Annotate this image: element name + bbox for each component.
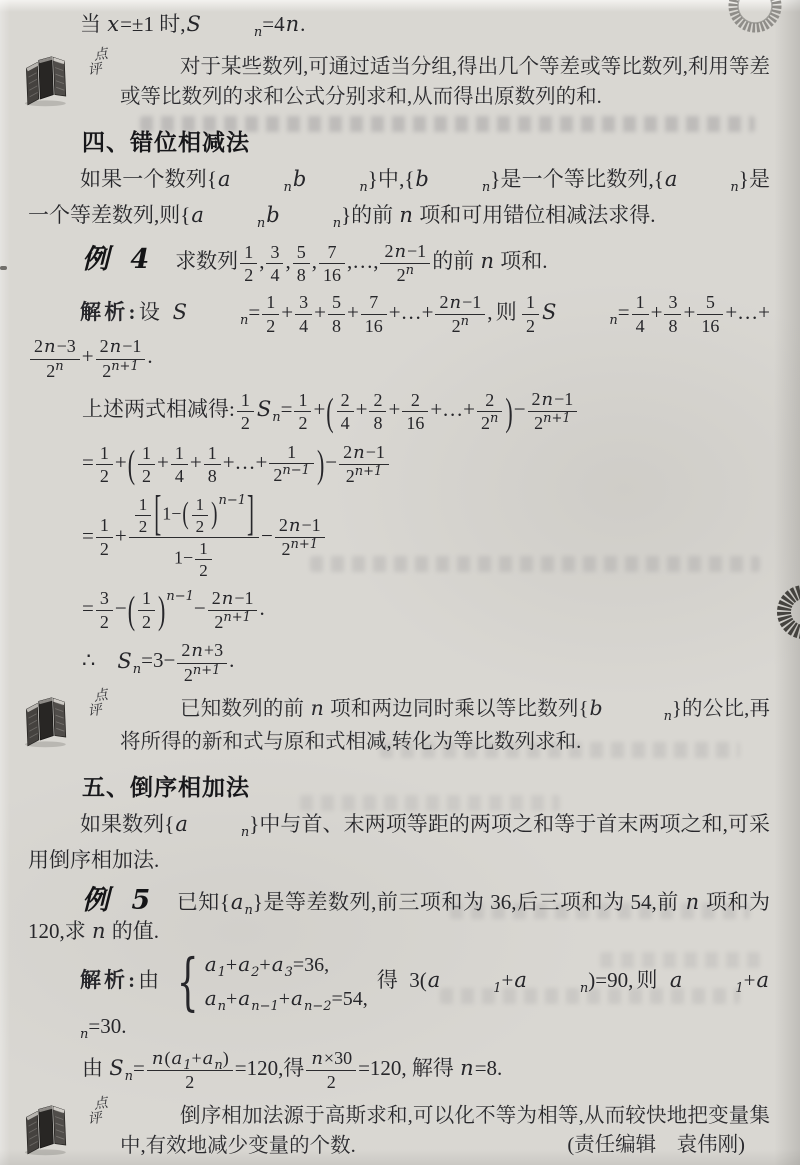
text-run: + <box>259 954 270 976</box>
fraction: 14 <box>630 292 651 335</box>
text-run: =120, 解得 <box>358 1056 459 1080</box>
eq-result: ∴ Sn=3−2n+32n+1. <box>82 640 770 685</box>
fraction-numerator: 7 <box>361 292 387 314</box>
text-run: 对于某些数列,可通过适当分组,得出几个等差或等比数列,利用等差或等比数列的求和公… <box>120 56 770 108</box>
subscript: n <box>528 981 588 998</box>
subscript: n <box>272 410 280 426</box>
fraction: 12 <box>136 588 157 631</box>
system-brace: { <box>177 951 199 1013</box>
text-run: + <box>82 345 94 369</box>
text-run: 1 <box>266 292 275 312</box>
text-run: −1 <box>554 389 573 409</box>
fraction: 58 <box>326 292 347 335</box>
big-paren: ( <box>127 585 136 635</box>
math-variable: n <box>91 919 107 943</box>
fraction: 32 <box>94 588 115 631</box>
subscript: n <box>28 1027 88 1044</box>
fraction-numerator: 2n−3 <box>30 336 80 359</box>
fraction-denominator: 2 <box>192 516 209 536</box>
fraction-denominator: 8 <box>369 412 386 433</box>
text-run: −1 <box>122 336 141 356</box>
fraction: 34 <box>293 292 314 335</box>
example-4: 例 4求数列12,34,58,716,…,2n−12n的前 n 项和. <box>28 241 770 286</box>
fraction-denominator: 16 <box>361 315 387 336</box>
text-run: 1 <box>175 443 184 463</box>
fraction: 2n−32n <box>28 336 82 381</box>
text-run: 1 <box>100 515 109 535</box>
text-run: 3 <box>270 242 279 262</box>
math-variable: n <box>288 515 302 536</box>
fraction: 24 <box>335 390 356 433</box>
text-run: −1 <box>366 442 385 462</box>
page-curl-blob-icon <box>774 580 800 648</box>
text-run: 16 <box>323 265 341 285</box>
fraction-denominator: 2 <box>96 538 113 559</box>
text-run: 5 <box>706 292 715 312</box>
math-variable: S <box>541 300 557 324</box>
fraction: 12 <box>94 443 115 486</box>
equation-row: an+an−1+an−2=54, <box>204 986 368 1013</box>
fraction-numerator: 1 <box>632 292 649 314</box>
text-run: 1 <box>139 495 148 514</box>
fraction-denominator: 4 <box>632 315 649 336</box>
math-variable: x <box>106 12 120 36</box>
fraction-numerator: 1 <box>96 515 113 537</box>
text-run: 的值. <box>107 919 160 943</box>
text-run: +…+ <box>223 450 268 474</box>
math-variable: n <box>285 12 301 36</box>
solution-4: 解析:设 Sn=12+34+58+716+…+2n−12n,则12Sn=14+3… <box>28 292 770 381</box>
text-run: }中,{ <box>368 167 415 191</box>
text-run: 2 <box>273 465 282 485</box>
text-run: =±1 时, <box>120 12 185 36</box>
text-run: 2 <box>281 539 290 559</box>
text-run: 项和两边同时乘以等比数列{ <box>325 698 589 720</box>
big-paren: ) <box>316 439 325 489</box>
superscript: n+1 <box>111 360 139 375</box>
text-run: 3 <box>668 292 677 312</box>
math-variable: n <box>685 890 701 914</box>
text-run: + <box>388 397 400 421</box>
fraction-numerator: 1 <box>171 443 188 465</box>
subscript: n <box>430 171 490 204</box>
bold-text-run: 解析: <box>80 300 136 324</box>
fraction: 12[1−(12)n−1]1−12 <box>127 495 261 580</box>
math-variable: n <box>459 1056 475 1080</box>
fraction: 2n−12n+1 <box>337 442 391 487</box>
text-run: 1 <box>142 443 151 463</box>
fraction-numerator: 2 <box>402 390 428 412</box>
text-run: + <box>356 397 368 421</box>
text-run: 2 <box>532 389 541 409</box>
fraction-numerator: n×30 <box>306 1048 356 1071</box>
math-variable: n <box>221 588 235 609</box>
fraction-denominator: 4 <box>295 315 312 336</box>
text-run: + <box>279 988 290 1010</box>
text-run: = <box>618 300 630 324</box>
fraction-denominator: 2 <box>96 611 113 632</box>
text-run: + <box>190 450 202 474</box>
eq-subtract-2: =12+(12+14+18+…+12n−1)−2n−12n+1 <box>82 442 770 487</box>
fraction-numerator: 1 <box>262 292 279 314</box>
superscript: n−1 <box>219 494 247 509</box>
text-run: 项和. <box>495 249 548 273</box>
text-run: 2 <box>212 588 221 608</box>
text-run: 8 <box>668 316 677 336</box>
text-run: 由 <box>135 968 162 992</box>
text-run: 1 <box>526 292 535 312</box>
equation-system: {a1+a2+a3=36,an+an−1+an−2=54, <box>168 951 368 1013</box>
fraction: 12 <box>94 515 115 558</box>
text-run: +…+ <box>389 300 434 324</box>
equation-system-rows: a1+a2+a3=36,an+an−1+an−2=54, <box>204 952 368 1013</box>
fraction-denominator: 2 <box>237 412 254 433</box>
subscript: 1 <box>441 981 501 998</box>
text-run: . <box>229 649 234 673</box>
fraction-numerator: 3 <box>266 242 283 264</box>
fraction: 2n−12n+1 <box>206 588 260 633</box>
fraction-numerator: 2n+3 <box>177 640 227 663</box>
text-run: −1 <box>407 241 426 261</box>
text-run: 8 <box>332 316 341 336</box>
text-run: = <box>82 596 94 620</box>
text-run: 1 <box>636 292 645 312</box>
text-run: 1 <box>100 443 109 463</box>
superscript: n−1 <box>282 464 310 479</box>
fraction-denominator: 16 <box>697 315 723 336</box>
text-run: 3 <box>299 292 308 312</box>
text-run: =54, <box>332 988 368 1010</box>
fraction-denominator: 2 <box>96 465 113 486</box>
text-run: + <box>313 397 325 421</box>
text-run: 2 <box>298 413 307 433</box>
text-run: 2 <box>34 336 43 356</box>
fraction-numerator: 1 <box>96 443 113 465</box>
text-run: 4 <box>175 466 184 486</box>
subscript: n <box>678 171 738 204</box>
fraction-numerator: 2 <box>337 390 354 412</box>
fraction-numerator: 1 <box>240 242 257 264</box>
text-run: + <box>115 523 127 547</box>
subscript: n−1 <box>251 999 279 1016</box>
fraction: 12 <box>238 242 259 285</box>
fraction-denominator: 8 <box>204 465 221 486</box>
eq-geometric-sum: =12+12[1−(12)n−1]1−12−2n−12n+1 <box>82 495 770 580</box>
fraction: 12 <box>520 292 541 335</box>
math-variable: a <box>217 167 232 191</box>
big-bracket: [ <box>153 488 162 542</box>
superscript: n+1 <box>543 412 571 427</box>
superscript: n+1 <box>290 538 318 553</box>
text-run: 的前 <box>432 249 479 273</box>
fraction-denominator: 2 <box>138 611 155 632</box>
text-run: 2 <box>100 466 109 486</box>
fraction: n×302 <box>304 1048 358 1092</box>
subscript: n <box>557 313 617 330</box>
scanned-textbook-page: 当 x=±1 时,Sn=4n. 点 评 对于某些数列,可通过适当分组,得出几个等… <box>0 0 800 1165</box>
text-run: 16 <box>701 316 719 336</box>
fraction-denominator: 8 <box>328 315 345 336</box>
text-run: . <box>300 12 305 36</box>
text-run: = <box>248 300 260 324</box>
text-run: ×30 <box>324 1048 352 1068</box>
text-run: 1 <box>199 539 208 558</box>
big-bracket: ] <box>246 488 255 542</box>
text-run: 4 <box>299 316 308 336</box>
fraction-numerator: 7 <box>319 242 345 264</box>
section-4-heading: 四、错位相减法 <box>82 124 770 157</box>
text-run: −1 <box>462 292 481 312</box>
note-grouping-method: 点 评 对于某些数列,可通过适当分组,得出几个等差或等比数列,利用等差或等比数列… <box>28 52 770 112</box>
fraction-denominator: 1−12 <box>129 538 259 580</box>
text-run: 2 <box>534 413 543 433</box>
fraction: 12 <box>193 539 214 580</box>
text-run: 1 <box>244 242 253 262</box>
books-note-icon: 点 评 <box>22 52 116 108</box>
fraction: 14 <box>169 443 190 486</box>
text-run: 2 <box>181 640 190 660</box>
text-run: 4 <box>341 413 350 433</box>
text-run: −1 <box>234 588 253 608</box>
section-4-intro: 如果一个数列{anbn}中,{bn}是一个等比数列,{an}是一个等差数列,则{… <box>28 163 770 235</box>
fraction: 18 <box>202 443 223 486</box>
text-run: 2 <box>100 539 109 559</box>
text-run: 2 <box>142 612 151 632</box>
fraction: 2n+32n+1 <box>175 640 229 685</box>
big-paren: ) <box>504 387 513 437</box>
text-run: )=90,则 <box>588 968 669 992</box>
text-run: +3 <box>204 640 223 660</box>
section-5-intro: 如果数列{an}中与首、末两项等距的两项之和等于首末两项之和,可采用倒序相加法. <box>28 808 770 877</box>
fraction-denominator: 2n+1 <box>208 611 258 633</box>
fraction-numerator: 1 <box>138 443 155 465</box>
text-run: ,…, <box>347 249 379 273</box>
math-variable: n <box>479 249 495 273</box>
subscript: n−2 <box>304 999 332 1016</box>
text-run: 2 <box>199 561 208 580</box>
text-run: ∴ <box>82 649 116 673</box>
text-run: 由 <box>82 1056 108 1080</box>
text-run: 1 <box>196 495 205 514</box>
fraction-denominator: 2 <box>306 1071 356 1092</box>
text-run: = <box>82 523 94 547</box>
fraction-denominator: 2 <box>147 1071 233 1092</box>
fraction-numerator: 3 <box>664 292 681 314</box>
fraction-denominator: 8 <box>293 264 310 285</box>
subscript: n <box>188 313 248 330</box>
text-run: 设 <box>136 300 172 324</box>
text-run: + <box>226 954 237 976</box>
math-variable: b <box>588 696 603 720</box>
fraction-numerator: 5 <box>293 242 310 264</box>
fraction-numerator: 2n−1 <box>380 241 430 264</box>
text-run: 16 <box>406 413 424 433</box>
fraction: 38 <box>662 292 683 335</box>
superscript: n <box>406 264 414 279</box>
math-variable: n <box>310 1048 324 1069</box>
text-run: 2 <box>102 361 111 381</box>
subscript: n <box>232 171 292 204</box>
math-variable: n <box>448 292 462 313</box>
fraction-denominator: 2n+1 <box>177 664 227 686</box>
fraction: 58 <box>291 242 312 285</box>
text-run: + <box>502 968 514 992</box>
subscript: 1 <box>683 981 743 998</box>
fraction: 716 <box>317 242 347 285</box>
solution-5: 解析:由{a1+a2+a3=36,an+an−1+an−2=54,得 3(a1+… <box>28 951 770 1040</box>
text-run: 已知{ <box>176 890 230 914</box>
fraction-denominator: 2 <box>262 315 279 336</box>
math-variable: n <box>151 1048 165 1069</box>
text-run: 2 <box>184 665 193 685</box>
text-run: 2 <box>481 413 490 433</box>
text-run: =30. <box>88 1014 126 1038</box>
text-run: 2 <box>485 390 494 410</box>
text-run: 16 <box>365 316 383 336</box>
text-run: + <box>191 1048 201 1068</box>
math-variable: b <box>292 167 307 191</box>
fraction-numerator: 1 <box>269 442 314 464</box>
math-variable: a <box>237 952 251 976</box>
math-variable: n <box>310 696 325 720</box>
subscript: n <box>218 999 226 1016</box>
subscript: n <box>189 816 249 849</box>
subscript: n <box>604 702 672 732</box>
math-variable: a <box>202 1048 215 1069</box>
text-run: − <box>514 397 526 421</box>
text-run: 2 <box>142 466 151 486</box>
text-run: 1 <box>298 390 307 410</box>
bold-text-run: 解析: <box>80 968 135 992</box>
text-run: ,则 <box>487 300 520 324</box>
text-run: 2 <box>214 612 223 632</box>
fraction: 12 <box>235 390 256 433</box>
fraction-denominator: 2 <box>195 560 212 580</box>
fraction-numerator: 2n−1 <box>275 515 325 538</box>
fraction-denominator: 2n <box>380 264 430 286</box>
fraction: 12 <box>260 292 281 335</box>
fraction-numerator: 2n−1 <box>339 442 389 465</box>
example-5: 例 5已知{an}是等差数列,前三项和为 36,后三项和为 54,前 n 项和为… <box>28 883 770 945</box>
text-run: =4 <box>262 12 284 36</box>
fraction-denominator: 2n+1 <box>339 465 389 487</box>
superscript: n−1 <box>166 589 194 605</box>
text-run: + <box>226 988 237 1010</box>
section-5-heading: 五、倒序相加法 <box>82 769 770 802</box>
math-variable: n <box>541 389 555 410</box>
text-run: = <box>281 397 293 421</box>
math-variable: n <box>190 640 204 661</box>
text-run: 2 <box>185 1072 194 1092</box>
fraction: 2n−12n <box>378 241 432 286</box>
text-run: ) <box>223 1048 229 1068</box>
subscript: n <box>205 207 265 240</box>
fraction-denominator: 2 <box>522 315 539 336</box>
math-variable: a <box>427 968 442 992</box>
text-run: 已知数列的前 <box>180 698 310 720</box>
text-run: }的前 <box>341 203 398 227</box>
page-edge-left <box>0 0 10 1165</box>
math-variable: S <box>185 12 201 36</box>
text-run: 2 <box>373 390 382 410</box>
text-run: 2 <box>100 336 109 356</box>
math-variable: a <box>170 1048 183 1069</box>
fraction-denominator: 2n <box>477 412 502 434</box>
fraction: 12 <box>136 443 157 486</box>
fraction-denominator: 2n <box>435 315 485 337</box>
text-run: 5 <box>332 292 341 312</box>
text-run: + <box>314 300 326 324</box>
math-variable: a <box>755 968 770 992</box>
fraction-numerator: 5 <box>328 292 345 314</box>
text-run: 2 <box>346 466 355 486</box>
line-x-condition: 当 x=±1 时,Sn=4n. <box>28 8 770 44</box>
math-variable: a <box>237 986 251 1010</box>
subscript: n <box>307 171 367 204</box>
big-paren: ( <box>181 498 189 532</box>
subscript: n <box>244 903 252 920</box>
fraction: 516 <box>695 292 725 335</box>
eq-simplified: =32−(12)n−1−2n−12n+1. <box>82 588 770 633</box>
eq-solve-n: 由 Sn=n(a1+an)2=120,得n×302=120, 解得 n=8. <box>82 1048 770 1092</box>
text-run: 1 <box>142 588 151 608</box>
text-run: 3 <box>100 588 109 608</box>
text-run: 4 <box>270 265 279 285</box>
fraction-numerator: 2n−1 <box>96 336 146 359</box>
subscript: n <box>133 662 141 678</box>
text-run: 2 <box>196 517 205 536</box>
example-label: 例 4 <box>82 244 155 275</box>
fraction-numerator: 3 <box>295 292 312 314</box>
text-run: 上述两式相减得: <box>82 397 235 421</box>
text-run: 2 <box>279 515 288 535</box>
text-run: 2 <box>397 265 406 285</box>
text-run: 1 <box>241 390 250 410</box>
text-run: 2 <box>266 316 275 336</box>
text-run: 2 <box>327 1072 336 1092</box>
fraction-denominator: 2n+1 <box>275 538 325 560</box>
text-run: 1 <box>208 443 217 463</box>
editor-credit: (责任编辑 袁伟刚) <box>567 1127 745 1157</box>
text-run: 2 <box>452 316 461 336</box>
text-run: 如果数列{ <box>80 812 174 836</box>
big-paren: ( <box>325 387 334 437</box>
fraction: n(a1+an)2 <box>145 1048 235 1092</box>
text-run: 7 <box>327 242 336 262</box>
books-note-icon: 点 评 <box>22 693 116 749</box>
text-run: − <box>261 523 273 547</box>
text-run: 如果一个数列{ <box>80 167 217 191</box>
fraction-numerator: 1 <box>237 390 254 412</box>
fraction-denominator: 2 <box>138 465 155 486</box>
fraction: 28 <box>367 390 388 433</box>
math-variable: n <box>352 442 366 463</box>
fraction-denominator: 8 <box>664 315 681 336</box>
subscript: 1 <box>218 965 226 982</box>
text-run: 2 <box>241 413 250 433</box>
fraction-numerator: 1 <box>204 443 221 465</box>
text-run: 5 <box>297 242 306 262</box>
fraction-denominator: 16 <box>319 264 345 285</box>
fraction-numerator: 5 <box>697 292 723 314</box>
subscript: 2 <box>251 965 259 982</box>
text-run: =8. <box>475 1056 503 1080</box>
math-variable: S <box>116 649 132 673</box>
text-run: = <box>133 1056 145 1080</box>
subscript: 3 <box>285 965 293 982</box>
subscript: n <box>281 207 341 240</box>
text-run: }是一个等比数列,{ <box>490 167 664 191</box>
